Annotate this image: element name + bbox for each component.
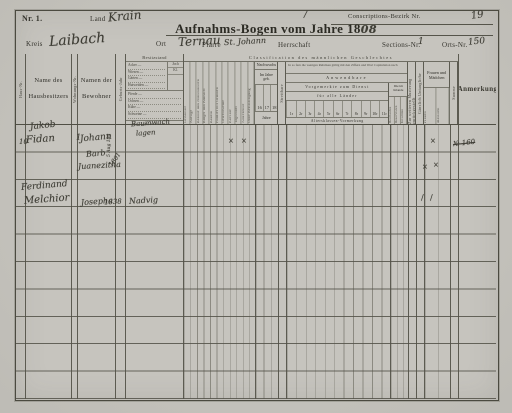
- inland-columns: BeurlaubteReservistenInvaliden: [389, 97, 407, 124]
- scanned-form-page: Nr. 1. Land Krain Conscriptions-Bezirk N…: [0, 0, 512, 413]
- body-col-hausnr: [16, 125, 26, 399]
- handwriting-row1-class-mark-2: ×: [241, 138, 247, 145]
- property-unit-columns: JochKl.: [167, 62, 183, 90]
- handwriting-row1-owner-last: Fidan: [26, 134, 56, 146]
- handwriting-row3-mark-2: ∕: [430, 194, 433, 202]
- land-handwritten-value: Krain: [108, 9, 142, 24]
- livestock-section: Pferde —Ochsen —Kühe —Schweine —: [126, 91, 183, 120]
- service-registration-group: In so fern die wenigen Rubriken gültig m…: [286, 62, 408, 124]
- age-class-caption: Altersklassen-Vormerkung: [286, 118, 388, 124]
- vorgemerkte-label: Vorgemerkte zum Dienst: [286, 83, 388, 92]
- col-house-number: Haus-Nr.: [16, 54, 26, 124]
- body-offspring-columns: [256, 125, 279, 399]
- handwriting-row2-mark-2: ×: [433, 162, 439, 169]
- col-musterung: Zur weiteren Musterung zurückgestellt: [408, 62, 416, 124]
- handwriting-row3-mark-1: ∕: [421, 194, 424, 202]
- body-age-columns: [287, 125, 391, 399]
- pfarre-handwritten-value: St. Johann: [224, 37, 266, 47]
- pfarre-label: Pfarre: [202, 41, 221, 49]
- inland-group: Die im Inlande BeurlaubteReservistenInva…: [389, 83, 407, 124]
- orts-nr-handwritten-value: 150: [468, 37, 486, 48]
- handwriting-row1-occupation-line2: lagen: [136, 129, 156, 137]
- female-group: Frauen und Mädchen FrauenMädchen: [424, 62, 450, 124]
- anwendbare-label: Anwendbare: [286, 74, 407, 83]
- col-house-owner: Name des Hausbesitzers: [26, 54, 72, 124]
- property-land-section: Äcker —Wiesen —Gärten —Hutweiden — JochK…: [126, 62, 183, 91]
- instruction-fineprint: In so fern die wenigen Rubriken gültig m…: [286, 62, 407, 74]
- body-col-musterung: [409, 125, 417, 399]
- age-class-columns: 1r2r3r4r5r6r7r8r9r10r11r: [286, 101, 388, 118]
- kreis-handwritten-value: Laibach: [49, 31, 106, 49]
- herrschaft-label: Herrschaft: [278, 41, 311, 49]
- offspring-subtitle: Im Jahre geb.: [255, 70, 277, 85]
- offspring-year-columns: 161718: [255, 85, 277, 111]
- table-header: Haus-Nr. Name des Hausbesitzers Wohnungs…: [16, 54, 496, 125]
- inland-title: Die im Inlande: [389, 83, 407, 97]
- col-summe: Summe: [450, 62, 458, 124]
- male-classification-group: Classification des männlichen Geschlecht…: [184, 54, 459, 124]
- laender-label: für alle Länder: [286, 92, 388, 101]
- handwriting-row3-occupation: Nadvig: [129, 196, 158, 206]
- conscription-district-value: 19: [470, 10, 484, 22]
- body-col-remarks: [459, 125, 496, 399]
- offspring-caption: Jahre: [255, 111, 277, 124]
- conscription-district-label: Conscriptions-Bezirk Nr.: [348, 13, 421, 20]
- kreis-label: Kreis: [26, 40, 43, 48]
- body-col-besitz: [126, 125, 184, 399]
- body-col-summe: [451, 125, 459, 399]
- col-remarks: Anmerkung: [459, 54, 496, 124]
- form-frame: Nr. 1. Land Krain Conscriptions-Bezirk N…: [15, 10, 499, 401]
- offspring-title: Nachwuchs: [255, 62, 277, 70]
- form-number: Nr. 1.: [22, 14, 42, 23]
- land-label: Land: [90, 15, 106, 23]
- livestock-rows: Pferde —Ochsen —Kühe —Schweine —: [126, 91, 183, 119]
- offspring-group: Nachwuchs Im Jahre geb. 161718 Jahre: [255, 62, 278, 124]
- handwriting-row1-class-mark-1: ×: [228, 138, 234, 145]
- sections-label: Sections-Nr.: [382, 41, 420, 49]
- handwriting-row2-mark-1: ×: [422, 164, 428, 171]
- form-header: Nr. 1. Land Krain Conscriptions-Bezirk N…: [16, 11, 496, 54]
- handwriting-row1-birthdate: 5 Aug 180: [108, 119, 113, 157]
- female-columns: FrauenMädchen: [424, 88, 449, 124]
- handwriting-row3-birthyear: 1838: [104, 199, 122, 207]
- orts-nr-label: Orts-Nr.: [442, 41, 468, 49]
- property-box-title: Besitzstand: [126, 54, 183, 62]
- property-box: Besitzstand Äcker —Wiesen —Gärten —Hutwe…: [126, 54, 184, 124]
- body-inland-columns: [391, 125, 409, 399]
- property-land-rows: Äcker —Wiesen —Gärten —Hutweiden —: [126, 62, 167, 90]
- col-streitbare: Streitbare: [278, 62, 286, 124]
- handwriting-row2-inhabitant-first: Barb: [86, 149, 106, 159]
- classification-title: Classification des männlichen Geschlecht…: [184, 54, 458, 62]
- body-col-streitbare: [279, 125, 287, 399]
- col-birth-year: Geburts-Jahr: [116, 54, 126, 124]
- female-group-title: Frauen und Mädchen: [424, 62, 449, 88]
- body-col-owner: [26, 125, 72, 399]
- sections-handwritten-value: 1: [418, 38, 424, 47]
- age-class-group: Vorgemerkte zum Dienst für alle Länder 1…: [286, 83, 389, 124]
- col-inhabitants: Namen der Bewohner: [78, 54, 116, 124]
- ink-flourish: ∕: [304, 11, 307, 20]
- body-class-columns: [184, 125, 256, 399]
- handwriting-row1-female-mark: ×: [430, 138, 436, 145]
- ort-label: Ort: [156, 40, 166, 48]
- male-class-columns: GeistlicheAdeligeBeamte und Honoratioren…: [184, 62, 255, 124]
